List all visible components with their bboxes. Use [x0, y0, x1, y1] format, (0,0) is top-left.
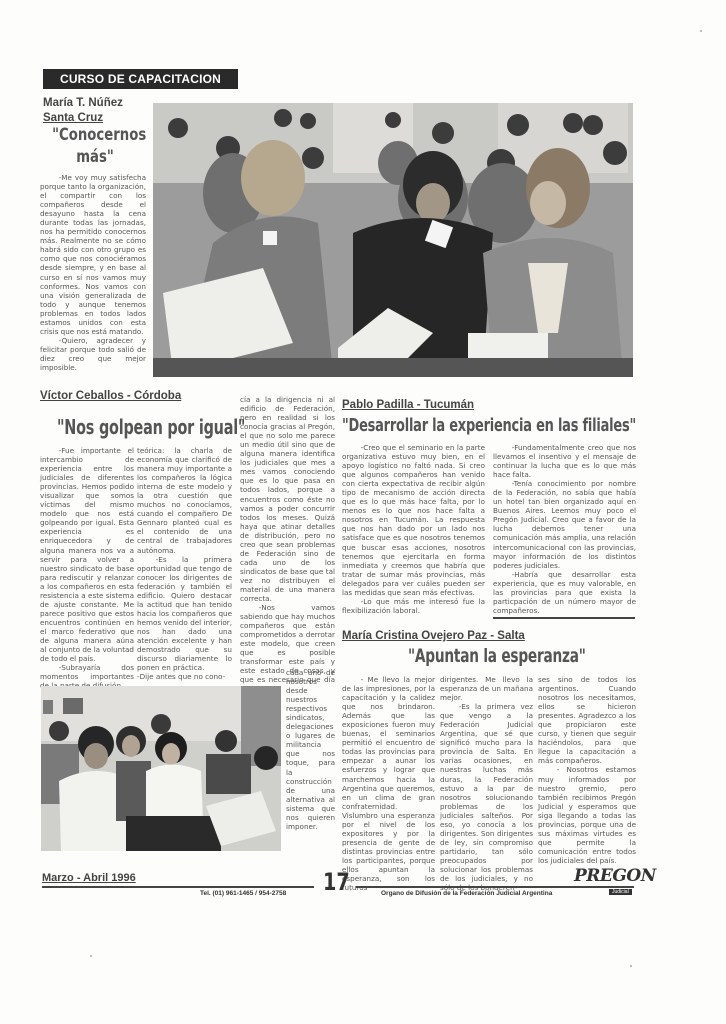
article-1-body: -Me voy muy satisfecha porque tanto la o…	[40, 173, 146, 372]
paragraph: -Lo que más me interesó fue la flexibili…	[342, 597, 485, 615]
paragraph: -Me voy muy satisfecha porque tanto la o…	[40, 173, 146, 336]
author-name: María T. Núñez	[43, 96, 123, 111]
paragraph: -Habría que desarrollar esta experiencia…	[493, 570, 636, 615]
paragraph: -Fundamentalmente creo que nos llevamos …	[493, 443, 636, 479]
article-2-author: Víctor Ceballos - Córdoba	[40, 389, 181, 403]
section-banner: CURSO DE CAPACITACION	[43, 69, 238, 89]
divider	[493, 617, 635, 619]
article-4-col-2: dirigentes. Me llevo la esperanza de un …	[440, 675, 533, 892]
footer-rule-left	[42, 886, 314, 888]
headline-line: "Conocernos	[52, 124, 138, 146]
article-2-col-3: cía a la dirigencia ni al edificio de Fe…	[240, 395, 335, 694]
paragraph: -Tenía conocimiento por nombre de la Fed…	[493, 479, 636, 569]
photo-group-image	[41, 686, 281, 851]
paragraph: -Fue importante el intercambio de experi…	[40, 446, 134, 663]
headline-line: más"	[52, 146, 138, 168]
article-4-author: María Cristina Ovejero Paz - Salta	[342, 629, 525, 643]
scan-speck	[90, 955, 92, 957]
article-2-col-1: -Fue importante el intercambio de experi…	[40, 446, 134, 690]
footer-rule-right	[356, 886, 634, 888]
logo-subtext: Judicial	[609, 889, 632, 895]
article-4-headline: "Apuntan la esperanza"	[408, 645, 586, 667]
article-3-col-1: -Creo que el seminario en la parte organ…	[342, 443, 485, 615]
article-4-col-1: - Me llevo la mejor de las impresiones, …	[342, 675, 435, 892]
article-1-author: María T. Núñez Santa Cruz	[43, 96, 123, 126]
page-number: 17	[323, 868, 350, 896]
scan-speck	[700, 30, 702, 32]
article-2-col-4: cada uno de nosotros desde nuestros resp…	[286, 668, 335, 831]
photo-seminar	[153, 103, 633, 377]
article-1-headline: "Conocernos más"	[40, 124, 150, 168]
pregon-logo-sub: Judicial	[609, 880, 632, 898]
paragraph: cía a la dirigencia ni al edificio de Fe…	[240, 395, 335, 603]
photo-group	[41, 686, 281, 851]
article-2-headline: "Nos golpean por igual"	[57, 415, 245, 439]
article-4-col-3: ses sino de todos los argentinos. Cuando…	[538, 675, 636, 865]
paragraph: - Me llevo la mejor de las impresiones, …	[342, 675, 435, 892]
paragraph: -Es la primera oportunidad que tengo de …	[137, 555, 232, 673]
footer-tagline: Organo de Difusión de la Federación Judi…	[381, 890, 552, 897]
article-3-author: Pablo Padilla - Tucumán	[342, 398, 474, 412]
article-2-col-2: teórica: la charla de economía que clari…	[137, 446, 232, 681]
paragraph: ses sino de todos los argentinos. Cuando…	[538, 675, 636, 765]
paragraph: - Nosotros estamos muy informados por nu…	[538, 765, 636, 865]
paragraph: -Es la primera vez que vengo a la Federa…	[440, 702, 533, 892]
footer-phone: Tel. (01) 961-1465 / 954-2758	[200, 890, 286, 897]
paragraph: cada uno de nosotros desde nuestros resp…	[286, 668, 335, 831]
paragraph: teórica: la charla de economía que clari…	[137, 446, 232, 555]
article-3-headline: "Desarrollar la experiencia en las filia…	[342, 415, 636, 436]
paragraph: -Creo que el seminario en la parte organ…	[342, 443, 485, 597]
footer-date: Marzo - Abril 1996	[42, 872, 136, 884]
photo-seminar-image	[153, 103, 633, 377]
paragraph: -Quiero, agradecer y felicitar porque to…	[40, 336, 146, 372]
article-3-col-2: -Fundamentalmente creo que nos llevamos …	[493, 443, 636, 615]
scan-speck	[630, 965, 632, 967]
paragraph: -Dije antes que no cono-	[137, 672, 232, 681]
paragraph: dirigentes. Me llevo la esperanza de un …	[440, 675, 533, 702]
